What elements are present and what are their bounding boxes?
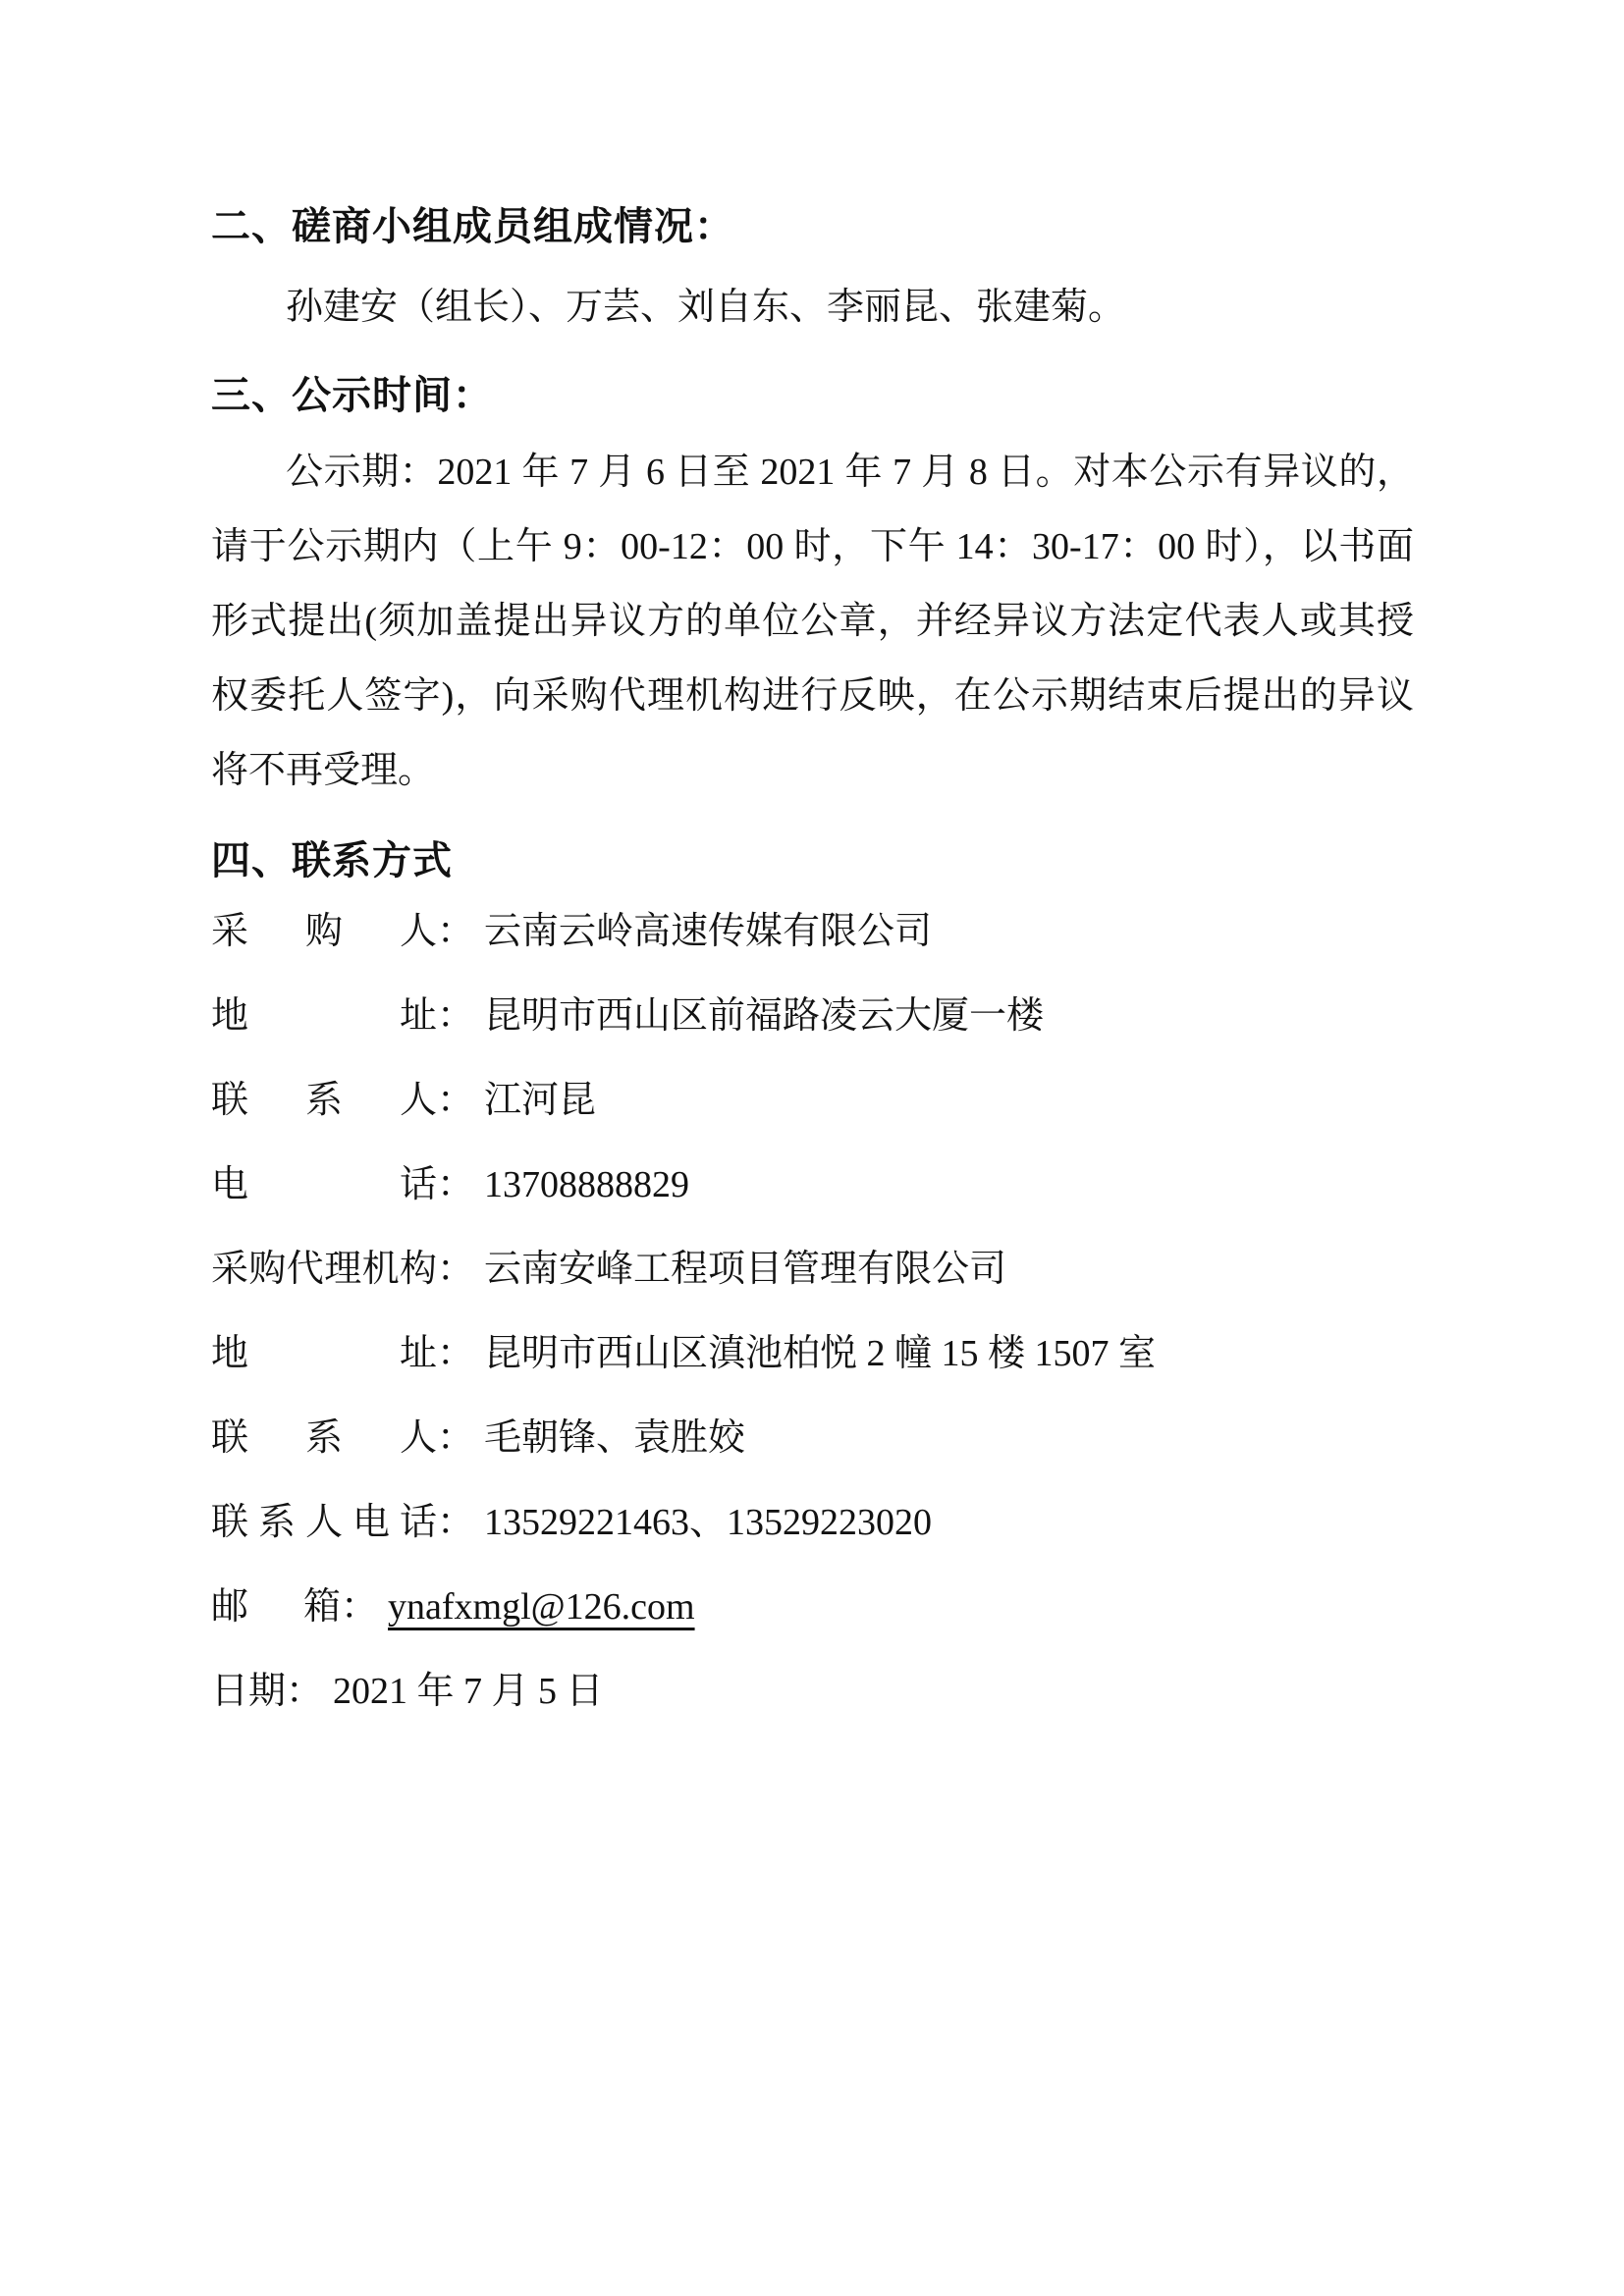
contact-colon: ： <box>437 1238 474 1292</box>
section3-heading: 三、公示时间： <box>211 370 1414 421</box>
contact-value: 13708888829 <box>484 1163 689 1206</box>
contact-colon: ： <box>437 985 474 1039</box>
contact-row-agency-contact: 联系人： 毛朝锋、袁胜姣 <box>211 1407 1414 1491</box>
contact-label: 联系人 <box>211 1407 437 1461</box>
contact-label: 电话 <box>211 1153 437 1207</box>
contact-row-purchaser-address: 地址： 昆明市西山区前福路凌云大厦一楼 <box>211 985 1414 1069</box>
contact-list: 采购人： 云南云岭高速传媒有限公司 地址： 昆明市西山区前福路凌云大厦一楼 联系… <box>211 900 1414 1744</box>
contact-row-purchaser-contact: 联系人： 江河昆 <box>211 1069 1414 1153</box>
section2-members: 孙建安（组长）、万芸、刘自东、李丽昆、张建菊。 <box>211 282 1414 333</box>
contact-colon: ： <box>437 1069 474 1123</box>
contact-row-agency: 采购代理机构： 云南安峰工程项目管理有限公司 <box>211 1238 1414 1322</box>
contact-row-date: 日期： 2021 年 7 月 5 日 <box>211 1660 1414 1744</box>
document-page: 二、磋商小组成员组成情况： 孙建安（组长）、万芸、刘自东、李丽昆、张建菊。 三、… <box>0 0 1624 2296</box>
contact-label: 地址 <box>211 985 437 1039</box>
contact-colon: ： <box>437 1153 474 1207</box>
contact-colon: ： <box>437 1491 474 1545</box>
contact-label: 邮箱 <box>211 1575 341 1629</box>
contact-value: 江河昆 <box>484 1069 596 1123</box>
email-value: ynafxmgl@126.com <box>388 1585 695 1629</box>
contact-label: 采购人 <box>211 900 437 954</box>
date-value: 2021 年 7 月 5 日 <box>333 1660 604 1714</box>
contact-row-purchaser-phone: 电话： 13708888829 <box>211 1153 1414 1238</box>
contact-row-email: 邮箱： ynafxmgl@126.com <box>211 1575 1414 1660</box>
contact-label: 采购代理机构 <box>211 1238 437 1292</box>
contact-colon: ： <box>341 1575 378 1629</box>
contact-label: 地址 <box>211 1322 437 1376</box>
section4-heading: 四、联系方式 <box>211 835 1414 886</box>
section3-paragraph: 公示期：2021 年 7 月 6 日至 2021 年 7 月 8 日。对本公示有… <box>211 435 1414 808</box>
contact-value: 毛朝锋、袁胜姣 <box>484 1407 745 1461</box>
contact-colon: ： <box>437 1407 474 1461</box>
contact-label: 联系人 <box>211 1069 437 1123</box>
contact-colon: ： <box>286 1660 323 1714</box>
contact-row-purchaser: 采购人： 云南云岭高速传媒有限公司 <box>211 900 1414 985</box>
contact-colon: ： <box>437 900 474 954</box>
contact-value: 13529221463、13529223020 <box>484 1491 932 1545</box>
contact-value: 云南云岭高速传媒有限公司 <box>484 900 932 954</box>
contact-label: 联系人电话 <box>211 1491 437 1545</box>
section2-heading: 二、磋商小组成员组成情况： <box>211 201 1414 252</box>
contact-row-agency-address: 地址： 昆明市西山区滇池柏悦 2 幢 15 楼 1507 室 <box>211 1322 1414 1407</box>
contact-row-agency-phone: 联系人电话： 13529221463、13529223020 <box>211 1491 1414 1575</box>
contact-value: 云南安峰工程项目管理有限公司 <box>484 1238 1006 1292</box>
contact-colon: ： <box>437 1322 474 1376</box>
contact-value: 昆明市西山区前福路凌云大厦一楼 <box>484 985 1044 1039</box>
contact-label: 日期 <box>211 1660 286 1714</box>
contact-value: 昆明市西山区滇池柏悦 2 幢 15 楼 1507 室 <box>484 1322 1156 1376</box>
